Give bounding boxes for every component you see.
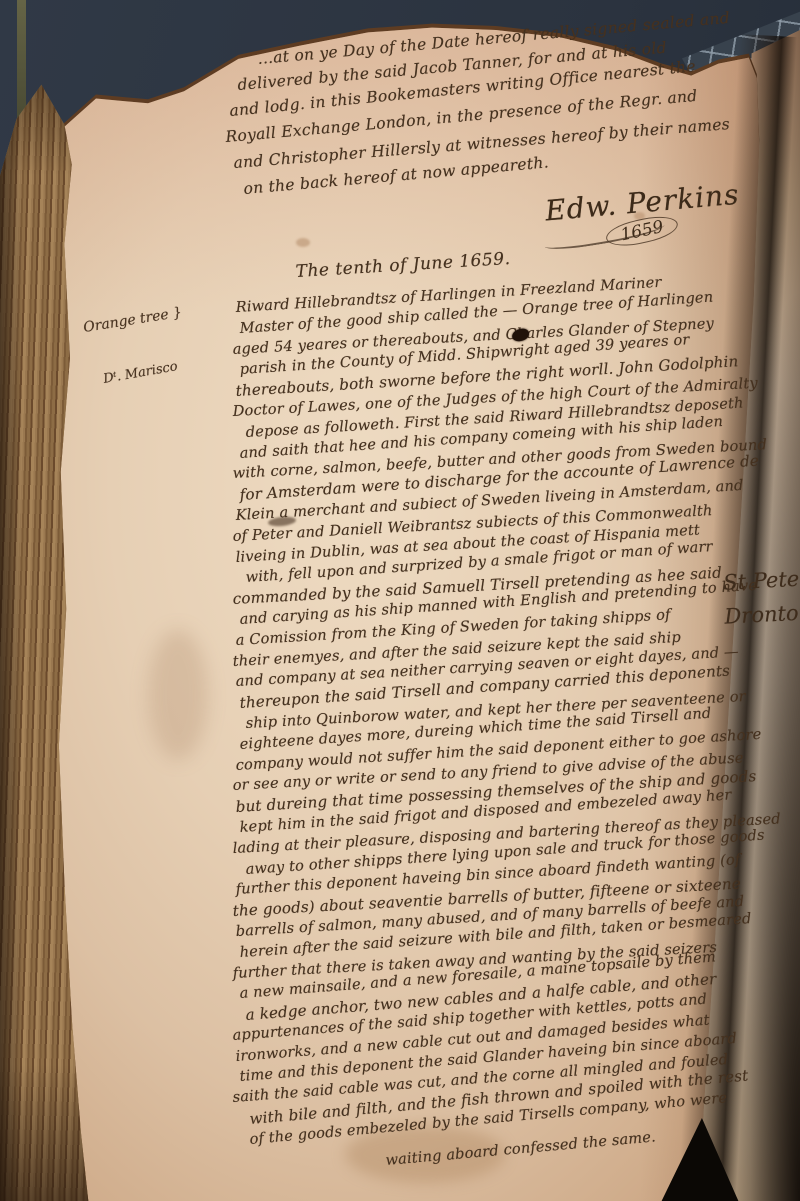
margin-note-line: Dronton <box>724 595 800 634</box>
manuscript-photo: ...at on ye Day of the Date hereof reall… <box>0 0 800 1201</box>
margin-note-st-peters: St Peters Dronton <box>723 562 800 633</box>
top-endorsement: ...at on ye Day of the Date hereof reall… <box>232 46 777 202</box>
deposition-body: Riward Hillebrandtsz of Harlingen in Fre… <box>236 298 781 1171</box>
margin-note-line: St Peters <box>722 561 800 600</box>
